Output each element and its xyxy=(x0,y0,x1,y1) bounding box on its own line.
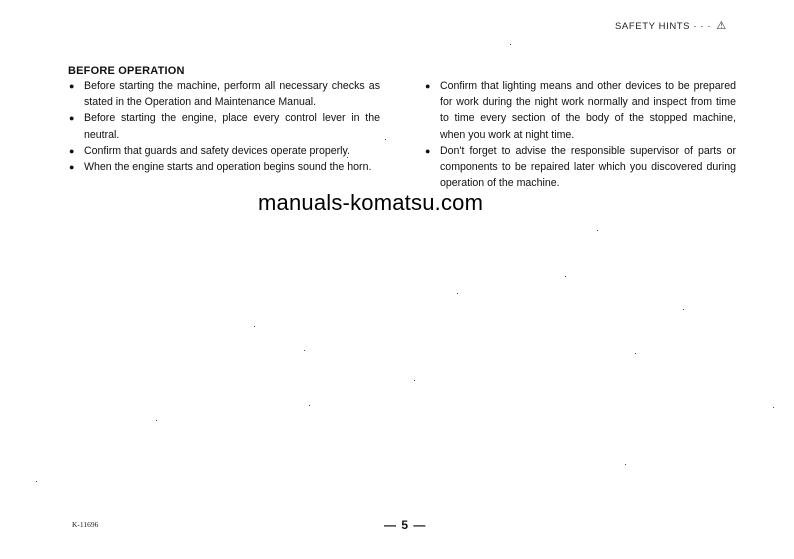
scan-speck xyxy=(414,380,415,381)
scan-speck xyxy=(347,157,348,158)
list-item: ●Confirm that lighting means and other d… xyxy=(424,78,736,143)
scan-speck xyxy=(36,481,37,482)
left-bullet-list: ●Before starting the machine, perform al… xyxy=(68,78,380,175)
list-item: ●Confirm that guards and safety devices … xyxy=(68,143,380,159)
scan-speck xyxy=(156,420,157,421)
scan-speck xyxy=(304,350,305,351)
bullet-icon: ● xyxy=(69,110,74,126)
bullet-icon: ● xyxy=(425,78,430,94)
scan-speck xyxy=(635,353,636,354)
watermark: manuals-komatsu.com xyxy=(258,190,483,216)
scan-speck xyxy=(510,44,511,45)
right-bullet-list: ●Confirm that lighting means and other d… xyxy=(424,78,736,191)
document-code: K-11696 xyxy=(72,520,98,529)
scan-speck xyxy=(254,326,255,327)
bullet-icon: ● xyxy=(69,78,74,94)
list-item: ●Don't forget to advise the responsible … xyxy=(424,143,736,192)
scan-speck xyxy=(683,309,684,310)
list-item: ●Before starting the machine, perform al… xyxy=(68,78,380,110)
scan-speck xyxy=(457,293,458,294)
scan-speck xyxy=(385,139,386,140)
scan-speck xyxy=(597,230,598,231)
scan-speck xyxy=(565,276,566,277)
running-title: SAFETY HINTS · · · xyxy=(615,21,711,32)
warning-triangle-icon: ⚠ xyxy=(716,20,726,32)
page-number: — 5 — xyxy=(384,518,426,532)
bullet-icon: ● xyxy=(69,143,74,159)
bullet-icon: ● xyxy=(69,159,74,175)
bullet-icon: ● xyxy=(425,143,430,159)
scan-speck xyxy=(309,405,310,406)
left-column: BEFORE OPERATION ●Before starting the ma… xyxy=(68,64,380,175)
list-item: ●Before starting the engine, place every… xyxy=(68,110,380,142)
scan-speck xyxy=(625,464,626,465)
list-item: ●When the engine starts and operation be… xyxy=(68,159,380,175)
right-column: ●Confirm that lighting means and other d… xyxy=(424,78,736,191)
running-header: SAFETY HINTS · · · ⚠ xyxy=(615,19,727,32)
scan-speck xyxy=(773,407,774,408)
section-title: BEFORE OPERATION xyxy=(68,64,380,78)
